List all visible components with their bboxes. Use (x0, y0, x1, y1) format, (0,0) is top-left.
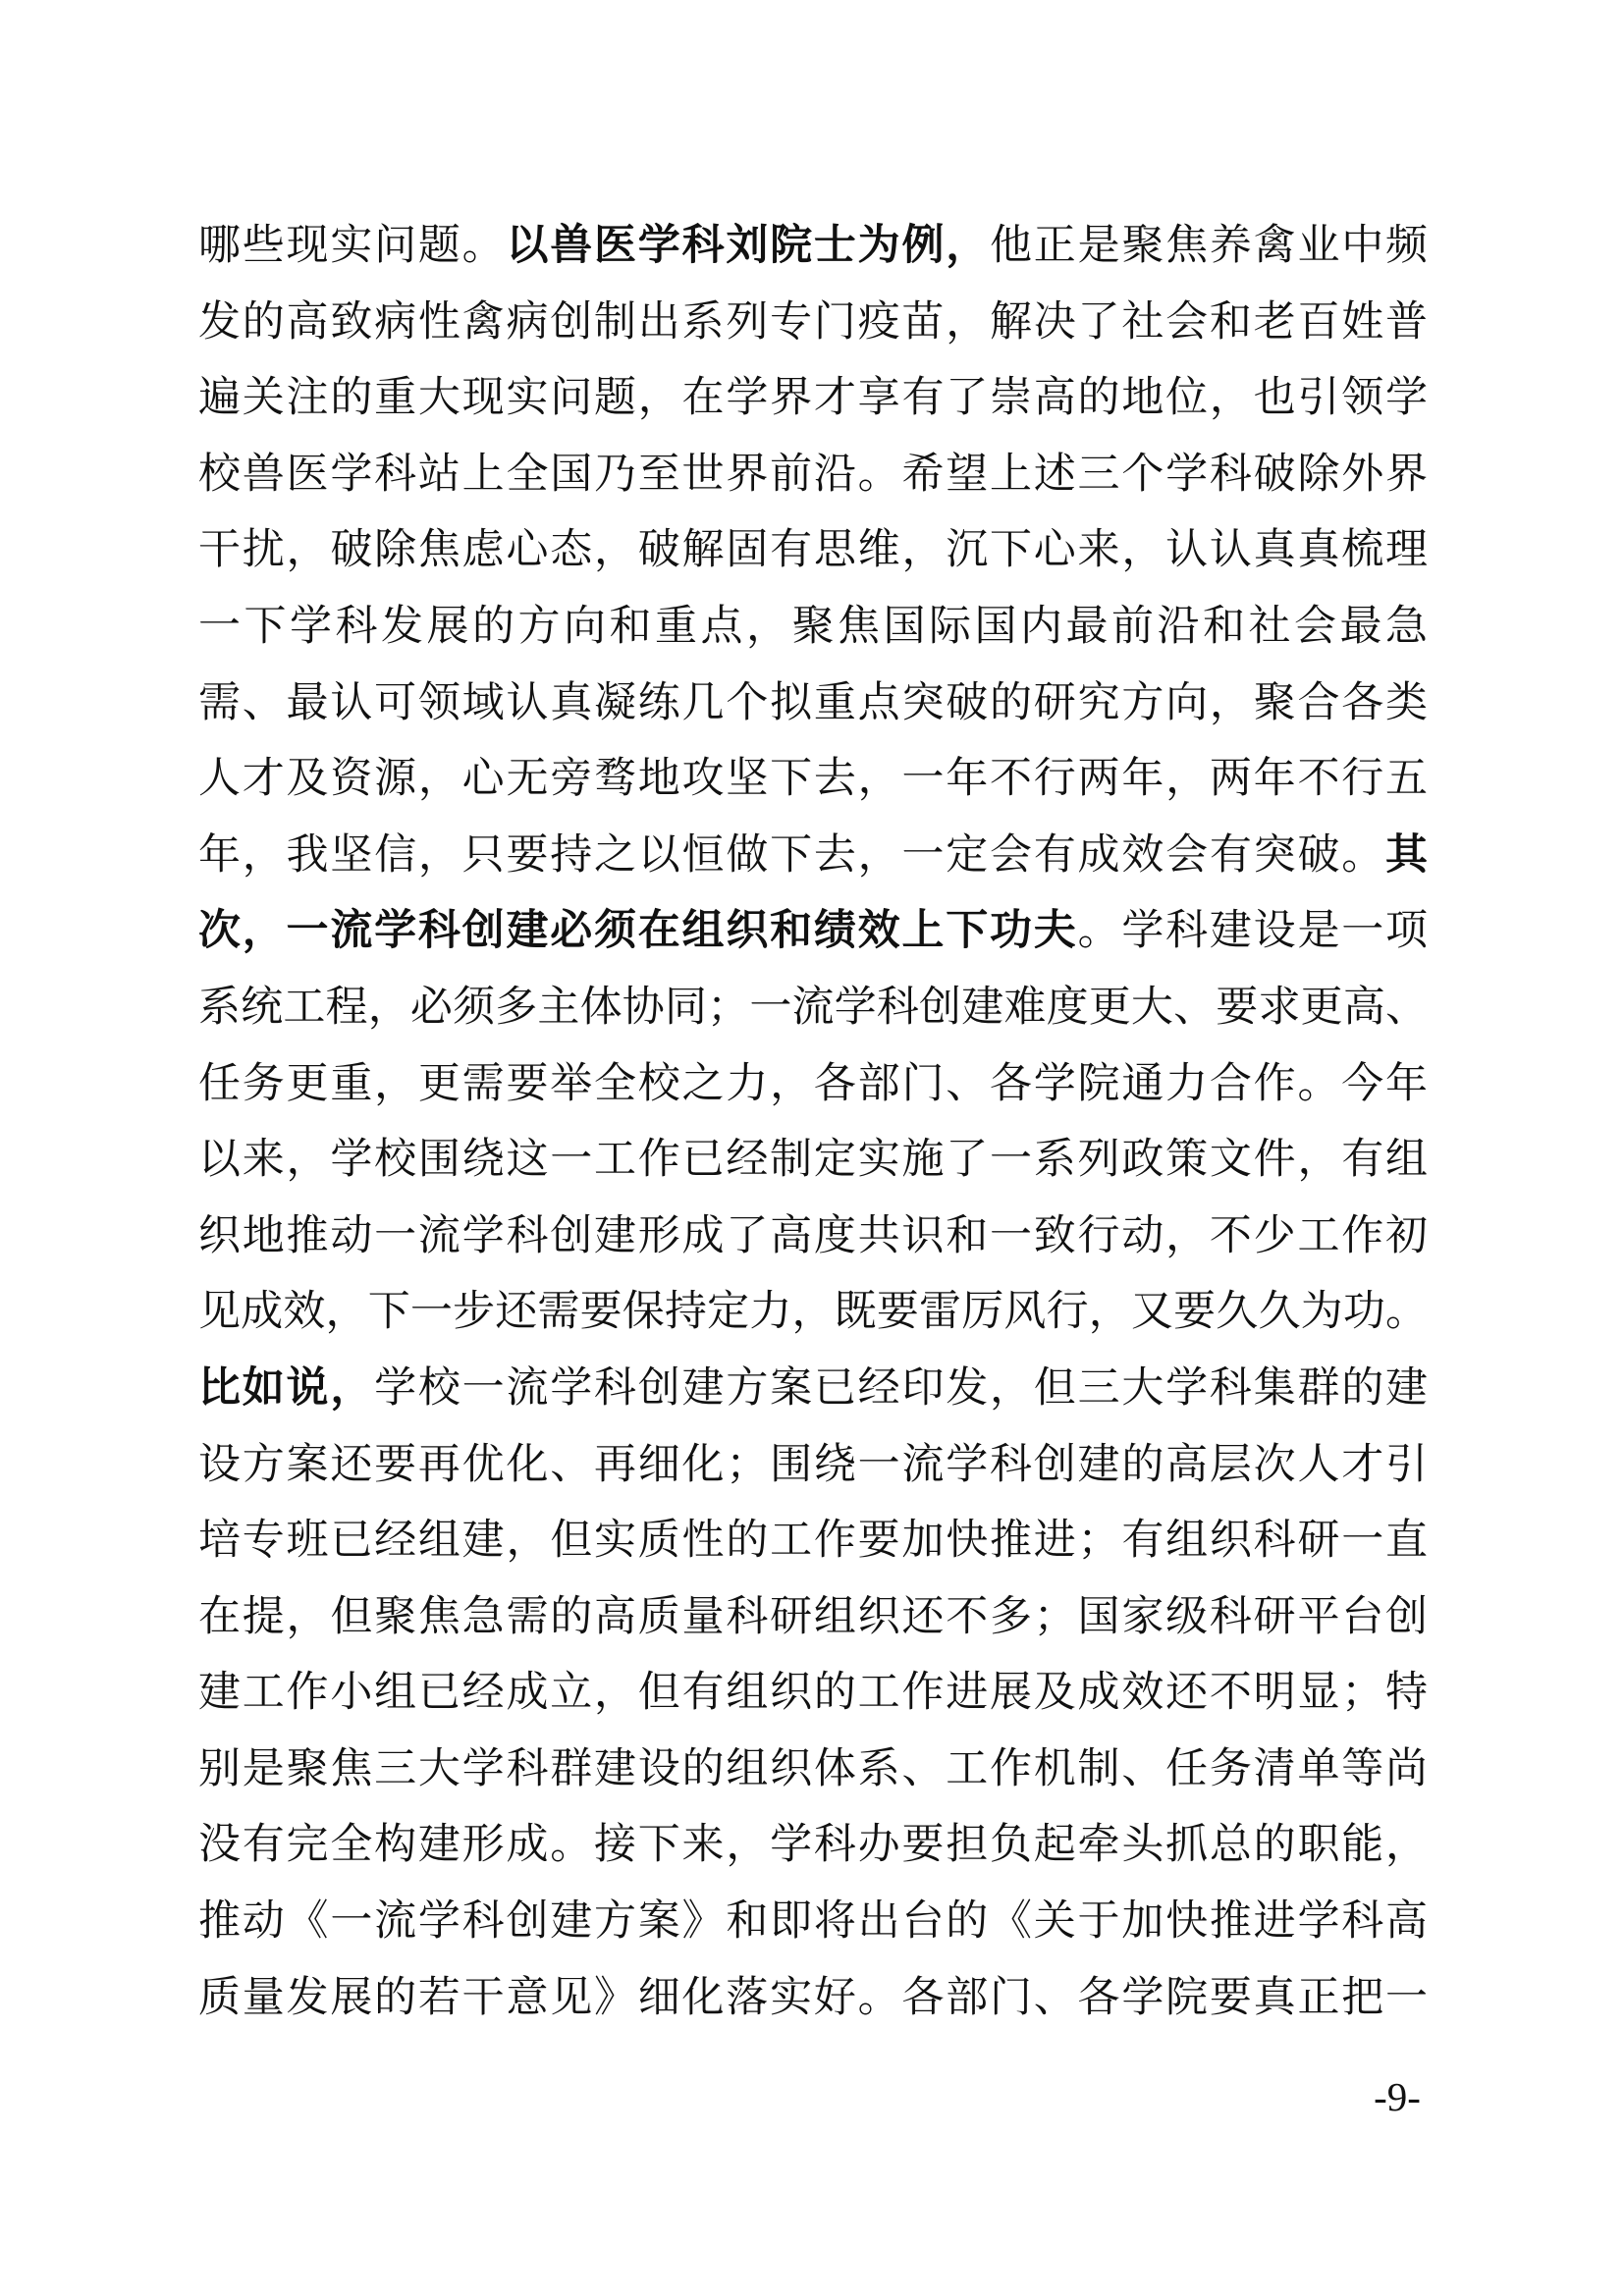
text-segment: 校兽医学科站上全国乃至世界前沿。希望上述三个学科破除外界 (198, 452, 1428, 498)
document-page: 哪些现实问题。以兽医学科刘院士为例，他正是聚焦养禽业中频发的高致病性禽病创制出系… (0, 0, 1624, 2296)
body-text: 哪些现实问题。以兽医学科刘院士为例，他正是聚焦养禽业中频发的高致病性禽病创制出系… (198, 208, 1428, 2036)
page-number: -9- (1353, 2073, 1441, 2120)
text-line: 哪些现实问题。以兽医学科刘院士为例，他正是聚焦养禽业中频 (198, 208, 1428, 285)
text-segment: 学校一流学科创建方案已经印发，但三大学科集群的建 (374, 1365, 1428, 1412)
text-segment-bold: 比如说， (198, 1365, 374, 1412)
text-segment: 任务更重，更需要举全校之力，各部门、各学院通力合作。今年 (198, 1061, 1428, 1107)
text-line: 系统工程，必须多主体协同；一流学科创建难度更大、要求更高、 (198, 970, 1428, 1046)
text-line: 比如说，学校一流学科创建方案已经印发，但三大学科集群的建 (198, 1351, 1428, 1427)
text-line: 见成效，下一步还需要保持定力，既要雷厉风行，又要久久为功。 (198, 1274, 1428, 1351)
text-segment: 培专班已经组建，但实质性的工作要加快推进；有组织科研一直 (198, 1518, 1428, 1564)
text-line: 年，我坚信，只要持之以恒做下去，一定会有成效会有突破。其 (198, 818, 1428, 894)
text-segment: 设方案还要再优化、再细化；围绕一流学科创建的高层次人才引 (198, 1442, 1428, 1488)
text-line: 设方案还要再优化、再细化；围绕一流学科创建的高层次人才引 (198, 1427, 1428, 1504)
text-line: 别是聚焦三大学科群建设的组织体系、工作机制、任务清单等尚 (198, 1732, 1428, 1808)
text-segment: 需、最认可领域认真凝练几个拟重点突破的研究方向，聚合各类 (198, 680, 1428, 726)
text-segment-bold: 其 (1385, 832, 1428, 879)
text-segment: 以来，学校围绕这一工作已经制定实施了一系列政策文件，有组 (198, 1137, 1428, 1183)
text-line: 校兽医学科站上全国乃至世界前沿。希望上述三个学科破除外界 (198, 437, 1428, 513)
text-segment: 质量发展的若干意见》细化落实好。各部门、各学院要真正把一 (198, 1975, 1428, 2021)
text-line: 次，一流学科创建必须在组织和绩效上下功夫。学科建设是一项 (198, 893, 1428, 970)
text-segment: 。学科建设是一项 (1078, 908, 1428, 954)
text-line: 遍关注的重大现实问题，在学界才享有了崇高的地位，也引领学 (198, 360, 1428, 437)
text-segment: 干扰，破除焦虑心态，破解固有思维，沉下心来，认认真真梳理 (198, 527, 1428, 573)
text-segment: 遍关注的重大现实问题，在学界才享有了崇高的地位，也引领学 (198, 375, 1428, 421)
text-segment-bold: 次，一流学科创建必须在组织和绩效上下功夫 (198, 908, 1078, 954)
text-line: 推动《一流学科创建方案》和即将出台的《关于加快推进学科高 (198, 1884, 1428, 1960)
text-line: 发的高致病性禽病创制出系列专门疫苗，解决了社会和老百姓普 (198, 285, 1428, 361)
text-line: 人才及资源，心无旁骛地攻坚下去，一年不行两年，两年不行五 (198, 741, 1428, 818)
text-line: 需、最认可领域认真凝练几个拟重点突破的研究方向，聚合各类 (198, 666, 1428, 742)
text-segment: 织地推动一流学科创建形成了高度共识和一致行动，不少工作初 (198, 1213, 1428, 1259)
text-segment-bold: 以兽医学科刘院士为例， (506, 223, 990, 269)
text-segment: 没有完全构建形成。接下来，学科办要担负起牵头抓总的职能， (198, 1822, 1428, 1868)
text-line: 以来，学校围绕这一工作已经制定实施了一系列政策文件，有组 (198, 1122, 1428, 1199)
text-segment: 一下学科发展的方向和重点，聚焦国际国内最前沿和社会最急 (198, 604, 1428, 650)
text-segment: 哪些现实问题。 (198, 223, 506, 269)
text-segment: 年，我坚信，只要持之以恒做下去，一定会有成效会有突破。 (198, 832, 1385, 879)
text-segment: 在提，但聚焦急需的高质量科研组织还不多；国家级科研平台创 (198, 1594, 1428, 1640)
text-segment: 建工作小组已经成立，但有组织的工作进展及成效还不明显；特 (198, 1670, 1428, 1716)
text-segment: 他正是聚焦养禽业中频 (990, 223, 1428, 269)
text-line: 建工作小组已经成立，但有组织的工作进展及成效还不明显；特 (198, 1655, 1428, 1732)
text-line: 织地推动一流学科创建形成了高度共识和一致行动，不少工作初 (198, 1199, 1428, 1275)
text-line: 培专班已经组建，但实质性的工作要加快推进；有组织科研一直 (198, 1503, 1428, 1579)
text-segment: 发的高致病性禽病创制出系列专门疫苗，解决了社会和老百姓普 (198, 299, 1428, 346)
text-line: 在提，但聚焦急需的高质量科研组织还不多；国家级科研平台创 (198, 1579, 1428, 1656)
text-line: 没有完全构建形成。接下来，学科办要担负起牵头抓总的职能， (198, 1807, 1428, 1884)
text-line: 任务更重，更需要举全校之力，各部门、各学院通力合作。今年 (198, 1046, 1428, 1123)
text-segment: 人才及资源，心无旁骛地攻坚下去，一年不行两年，两年不行五 (198, 756, 1428, 802)
text-line: 干扰，破除焦虑心态，破解固有思维，沉下心来，认认真真梳理 (198, 512, 1428, 589)
text-segment: 见成效，下一步还需要保持定力，既要雷厉风行，又要久久为功。 (198, 1289, 1428, 1335)
text-segment: 别是聚焦三大学科群建设的组织体系、工作机制、任务清单等尚 (198, 1746, 1428, 1792)
text-line: 一下学科发展的方向和重点，聚焦国际国内最前沿和社会最急 (198, 589, 1428, 666)
text-line: 质量发展的若干意见》细化落实好。各部门、各学院要真正把一 (198, 1960, 1428, 2037)
text-segment: 系统工程，必须多主体协同；一流学科创建难度更大、要求更高、 (198, 985, 1428, 1031)
text-segment: 推动《一流学科创建方案》和即将出台的《关于加快推进学科高 (198, 1898, 1428, 1945)
